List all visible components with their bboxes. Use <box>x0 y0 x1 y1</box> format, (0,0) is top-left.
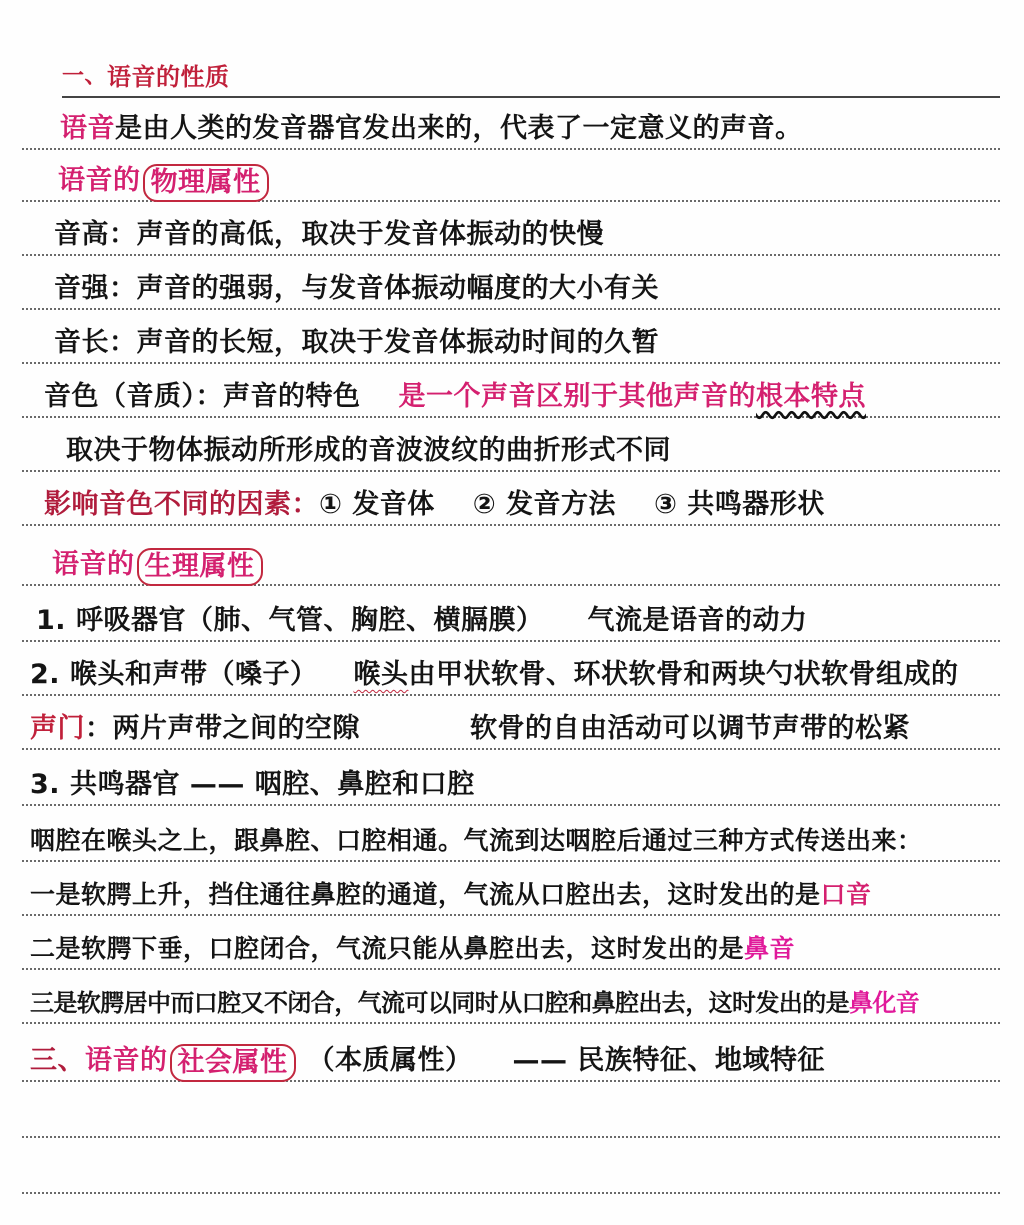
larynx-line: 2. 喉头和声带（嗓子） 喉头 由甲状软骨、环状软骨和两块勺状软骨组成的 <box>22 646 1000 696</box>
definition-line: 语音 是由人类的发音器官发出来的，代表了一定意义的声音。 <box>22 100 1000 150</box>
social-boxed: 社会属性 <box>170 1044 296 1082</box>
physiological-prefix: 语音的 <box>52 548 135 586</box>
pharynx-text: 咽腔在喉头之上，跟鼻腔、口腔相通。气流到达咽腔后通过三种方式传送出来： <box>30 824 923 862</box>
term-nasalized: 鼻化音 <box>849 986 919 1024</box>
resonance-line: 3. 共鸣器官 —— 咽腔、鼻腔和口腔 <box>22 756 1000 806</box>
larynx-note: 由甲状软骨、环状软骨和两块勺状软骨组成的 <box>408 658 958 696</box>
social-prefix: 语音的 <box>85 1044 168 1082</box>
nasal-text: 二是软腭下垂，口腔闭合，气流只能从鼻腔出去，这时发出的是 <box>30 932 744 970</box>
timbre-highlight: 是一个声音区别于其他声音的 <box>399 380 757 418</box>
definition-text: 是由人类的发音器官发出来的，代表了一定意义的声音。 <box>115 112 803 150</box>
pitch-text: 音高：声音的高低，取决于发音体振动的快慢 <box>54 218 604 256</box>
factor-3: ③ 共鸣器形状 <box>654 488 825 526</box>
respiratory-note: 气流是语音的动力 <box>587 604 807 642</box>
larynx-emph: 喉头 <box>353 658 408 696</box>
social-heading: 三、 语音的 社会属性 （本质属性） —— 民族特征、地域特征 <box>22 1032 1000 1082</box>
respiratory-text: 1. 呼吸器官（肺、气管、胸腔、横膈膜） <box>36 604 543 642</box>
factor-2: ② 发音方法 <box>473 488 616 526</box>
timbre-factors-line: 影响音色不同的因素： ① 发音体 ② 发音方法 ③ 共鸣器形状 <box>22 476 1000 526</box>
intensity-text: 音强：声音的强弱，与发音体振动幅度的大小有关 <box>54 272 659 310</box>
physiological-heading: 语音的 生理属性 <box>22 536 1000 586</box>
factor-1: ① 发音体 <box>319 488 435 526</box>
oral-text: 一是软腭上升，挡住通往鼻腔的通道，气流从口腔出去，这时发出的是 <box>30 878 821 916</box>
glottis-note: 软骨的自由活动可以调节声带的松紧 <box>470 712 910 750</box>
glottis-text: ：两片声带之间的空隙 <box>85 712 360 750</box>
glottis-line: 声门 ：两片声带之间的空隙 软骨的自由活动可以调节声带的松紧 <box>22 700 1000 750</box>
physiological-boxed: 生理属性 <box>137 548 263 586</box>
pharynx-line: 咽腔在喉头之上，跟鼻腔、口腔相通。气流到达咽腔后通过三种方式传送出来： <box>22 812 1000 862</box>
resonance-text: 3. 共鸣器官 —— 咽腔、鼻腔和口腔 <box>30 768 475 806</box>
heading-number: 一、 <box>62 60 107 98</box>
social-note: —— 民族特征、地域特征 <box>513 1044 825 1082</box>
physical-boxed: 物理属性 <box>143 164 269 202</box>
physical-prefix: 语音的 <box>58 164 141 202</box>
notebook-page: 一、 语音的性质 语音 是由人类的发音器官发出来的，代表了一定意义的声音。 语音… <box>0 0 1024 1225</box>
heading-title: 语音的性质 <box>107 60 230 98</box>
pitch-line: 音高：声音的高低，取决于发音体振动的快慢 <box>22 206 1000 256</box>
respiratory-line: 1. 呼吸器官（肺、气管、胸腔、横膈膜） 气流是语音的动力 <box>22 592 1000 642</box>
social-paren: （本质属性） <box>308 1044 473 1082</box>
term-glottis: 声门 <box>30 712 85 750</box>
timbre-line: 音色（音质）：声音的特色 是一个声音区别于其他声音的 根本特点 <box>22 368 1000 418</box>
larynx-text: 2. 喉头和声带（嗓子） <box>30 658 317 696</box>
timbre-label: 音色（音质）：声音的特色 <box>44 380 361 418</box>
physical-heading: 语音的 物理属性 <box>22 152 1000 202</box>
term-nasal: 鼻音 <box>744 932 795 970</box>
nasalized-line: 三是软腭居中而口腔又不闭合，气流可以同时从口腔和鼻腔出去，这时发出的是 鼻化音 <box>22 974 1000 1024</box>
term-speech: 语音 <box>60 112 115 150</box>
oral-line: 一是软腭上升，挡住通往鼻腔的通道，气流从口腔出去，这时发出的是 口音 <box>22 866 1000 916</box>
timbre-detail-text: 取决于物体振动所形成的音波波纹的曲折形式不同 <box>66 434 671 472</box>
timbre-detail-line: 取决于物体振动所形成的音波波纹的曲折形式不同 <box>22 422 1000 472</box>
term-oral: 口音 <box>821 878 872 916</box>
intensity-line: 音强：声音的强弱，与发音体振动幅度的大小有关 <box>22 260 1000 310</box>
nasal-line: 二是软腭下垂，口腔闭合，气流只能从鼻腔出去，这时发出的是 鼻音 <box>22 920 1000 970</box>
factors-label: 影响音色不同的因素： <box>44 488 319 526</box>
duration-line: 音长：声音的长短，取决于发音体振动时间的久暂 <box>22 314 1000 364</box>
blank-line-2 <box>22 1144 1000 1194</box>
blank-line-1 <box>22 1088 1000 1138</box>
heading-nature: 一、 语音的性质 <box>22 48 1000 98</box>
nasalized-text: 三是软腭居中而口腔又不闭合，气流可以同时从口腔和鼻腔出去，这时发出的是 <box>30 986 849 1024</box>
timbre-emphasis: 根本特点 <box>756 380 866 418</box>
duration-text: 音长：声音的长短，取决于发音体振动时间的久暂 <box>54 326 659 364</box>
social-number: 三、 <box>30 1044 85 1082</box>
